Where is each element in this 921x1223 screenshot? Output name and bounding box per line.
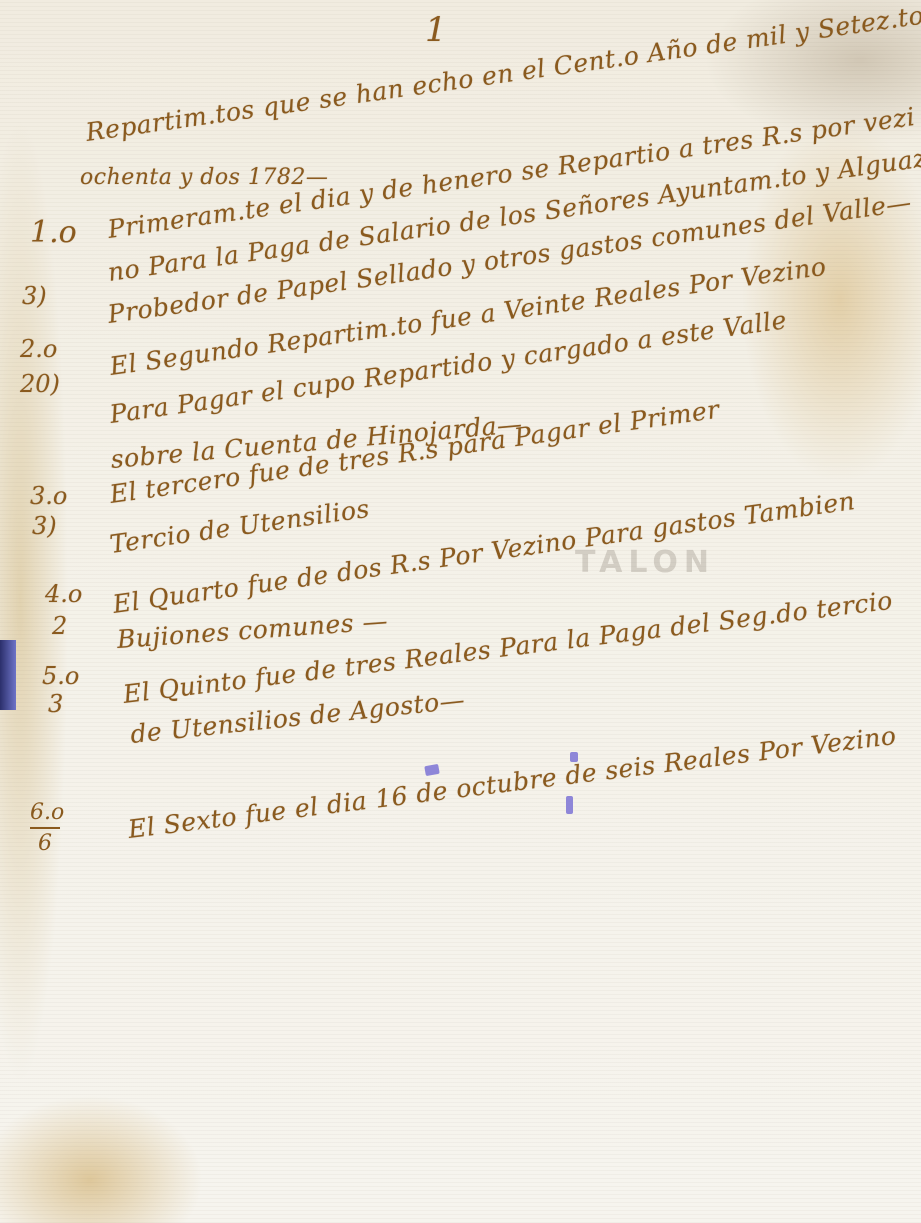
entry-5-line-1: El Quinto fue de tres Reales Para la Pag… <box>121 586 894 709</box>
margin-amount-1: 3) <box>22 282 47 310</box>
margin-ordinal-3: 3.o <box>30 482 67 510</box>
entry-4-line-2: Bujiones comunes — <box>116 606 389 654</box>
margin-ordinal-1: 1.o <box>30 215 77 250</box>
margin-ordinal-4: 4.o <box>45 580 82 608</box>
ink-blot <box>566 796 573 814</box>
manuscript-page: TALON 1 Repartim.tos que se han echo en … <box>0 0 921 1223</box>
margin-amount-3: 3) <box>32 512 57 540</box>
folio-mark: 1 <box>425 10 447 50</box>
fraction-bar <box>30 827 60 829</box>
margin-amount-5: 3 <box>48 690 63 718</box>
margin-amount-4: 2 <box>52 612 67 640</box>
margin-ordinal-2: 2.o <box>20 335 57 363</box>
margin-ordinal-5: 5.o <box>42 662 79 690</box>
margin-amount-6: 6 <box>38 831 52 856</box>
margin-ordinal-6: 6.o <box>30 800 64 825</box>
entry-4-line-1: El Quarto fue de dos R.s Por Vezino Para… <box>111 486 857 619</box>
ink-blot <box>424 764 440 776</box>
ink-blot <box>570 752 578 762</box>
margin-fraction-6: 6.o 6 <box>30 800 60 856</box>
edge-damage <box>0 640 16 710</box>
margin-amount-2: 20) <box>20 370 60 398</box>
heading-line-2: ochenta y dos 1782— <box>80 165 328 190</box>
entry-6-line-1: El Sexto fue el dia 16 de octubre de sei… <box>126 721 897 844</box>
